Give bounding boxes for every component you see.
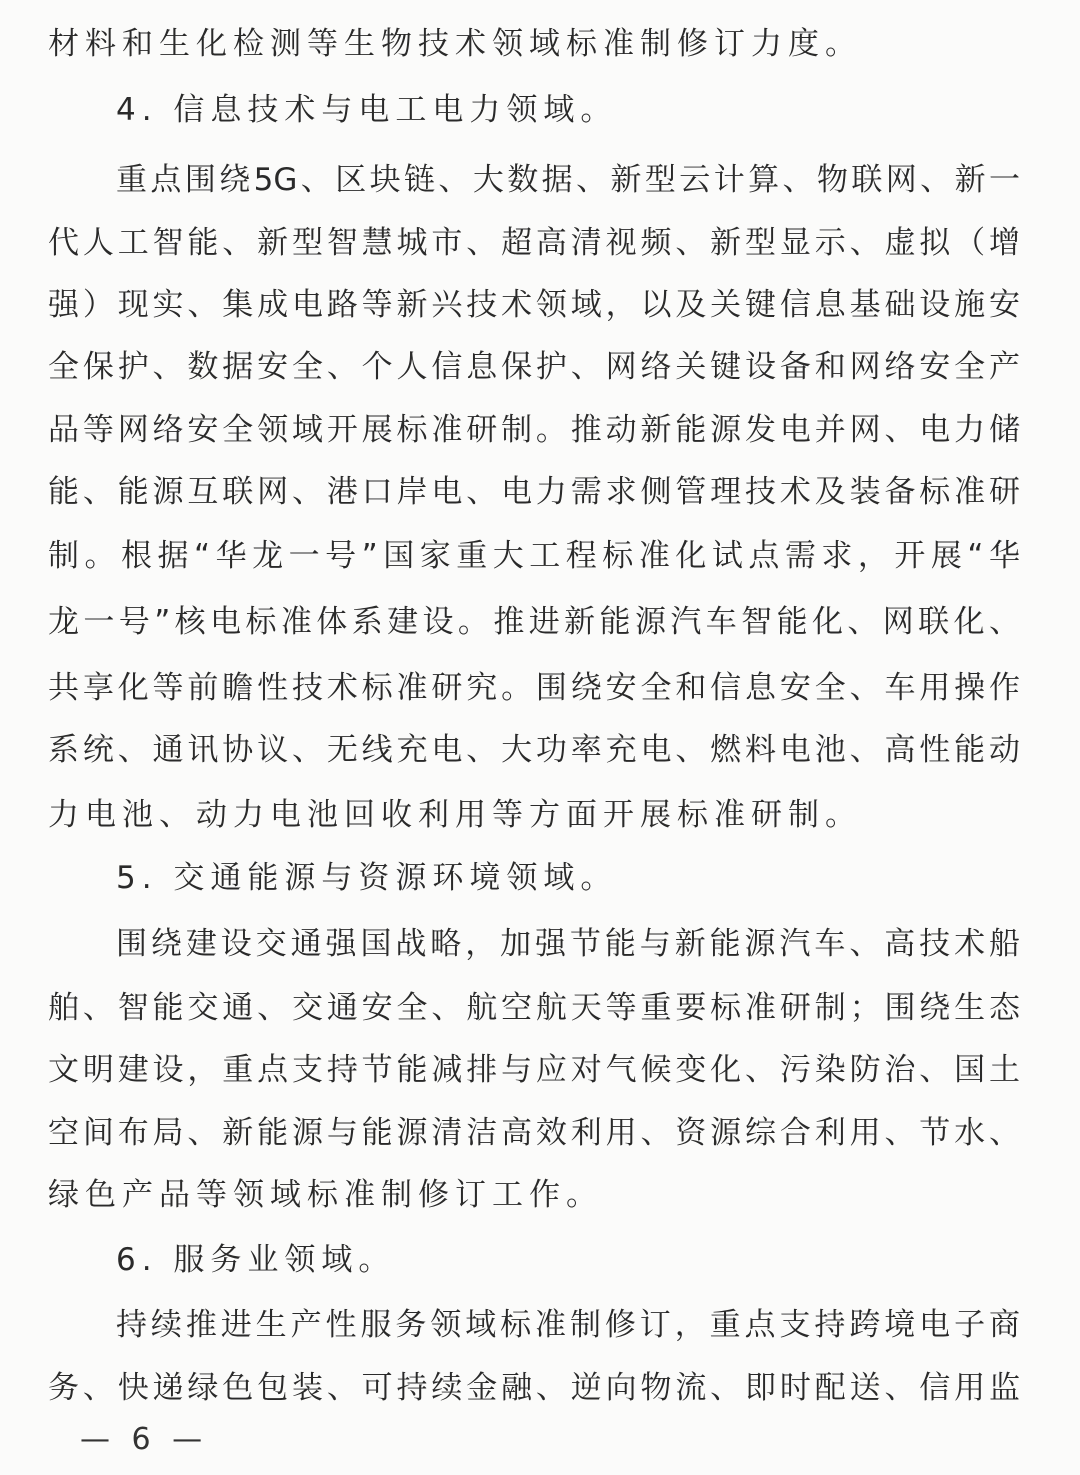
paragraph-line: 重点围绕5G、区块链、大数据、新型云计算、物联网、新一	[116, 150, 1020, 210]
paragraph-line: 力电池、动力电池回收利用等方面开展标准研制。	[48, 785, 1020, 845]
paragraph-line: 务、快递绿色包装、可持续金融、逆向物流、即时配送、信用监	[48, 1358, 1020, 1418]
section-heading-4: 4. 信息技术与电工电力领域。	[116, 80, 617, 140]
paragraph-line: 材料和生化检测等生物技术领域标准制修订力度。	[48, 14, 1020, 74]
paragraph-line: 品等网络安全领域开展标准研制。推动新能源发电并网、电力储	[48, 400, 1020, 460]
paragraph-line: 舶、智能交通、交通安全、航空航天等重要标准研制；围绕生态	[48, 978, 1020, 1038]
paragraph-line: 系统、通讯协议、无线充电、大功率充电、燃料电池、高性能动	[48, 720, 1020, 780]
paragraph-line: 强）现实、集成电路等新兴技术领域，以及关键信息基础设施安	[48, 275, 1020, 335]
paragraph-line: 持续推进生产性服务领域标准制修订，重点支持跨境电子商	[116, 1295, 1020, 1355]
paragraph-line: 空间布局、新能源与能源清洁高效利用、资源综合利用、节水、	[48, 1103, 1020, 1163]
paragraph-line: 共享化等前瞻性技术标准研究。围绕安全和信息安全、车用操作	[48, 658, 1020, 718]
paragraph-line: 文明建设，重点支持节能减排与应对气候变化、污染防治、国土	[48, 1040, 1020, 1100]
section-heading-5: 5. 交通能源与资源环境领域。	[116, 848, 617, 908]
paragraph-line: 制。根据“华龙一号”国家重大工程标准化试点需求，开展“华	[48, 526, 1020, 586]
page-number: — 6 —	[80, 1418, 208, 1462]
paragraph-line: 能、能源互联网、港口岸电、电力需求侧管理技术及装备标准研	[48, 462, 1020, 522]
paragraph-line: 代人工智能、新型智慧城市、超高清视频、新型显示、虚拟（增	[48, 213, 1020, 273]
paragraph-line: 全保护、数据安全、个人信息保护、网络关键设备和网络安全产	[48, 337, 1020, 397]
section-heading-6: 6. 服务业领域。	[116, 1230, 395, 1290]
paragraph-line: 绿色产品等领域标准制修订工作。	[48, 1165, 1020, 1225]
paragraph-line: 围绕建设交通强国战略，加强节能与新能源汽车、高技术船	[116, 914, 1020, 974]
paragraph-line: 龙一号”核电标准体系建设。推进新能源汽车智能化、网联化、	[48, 592, 1020, 652]
